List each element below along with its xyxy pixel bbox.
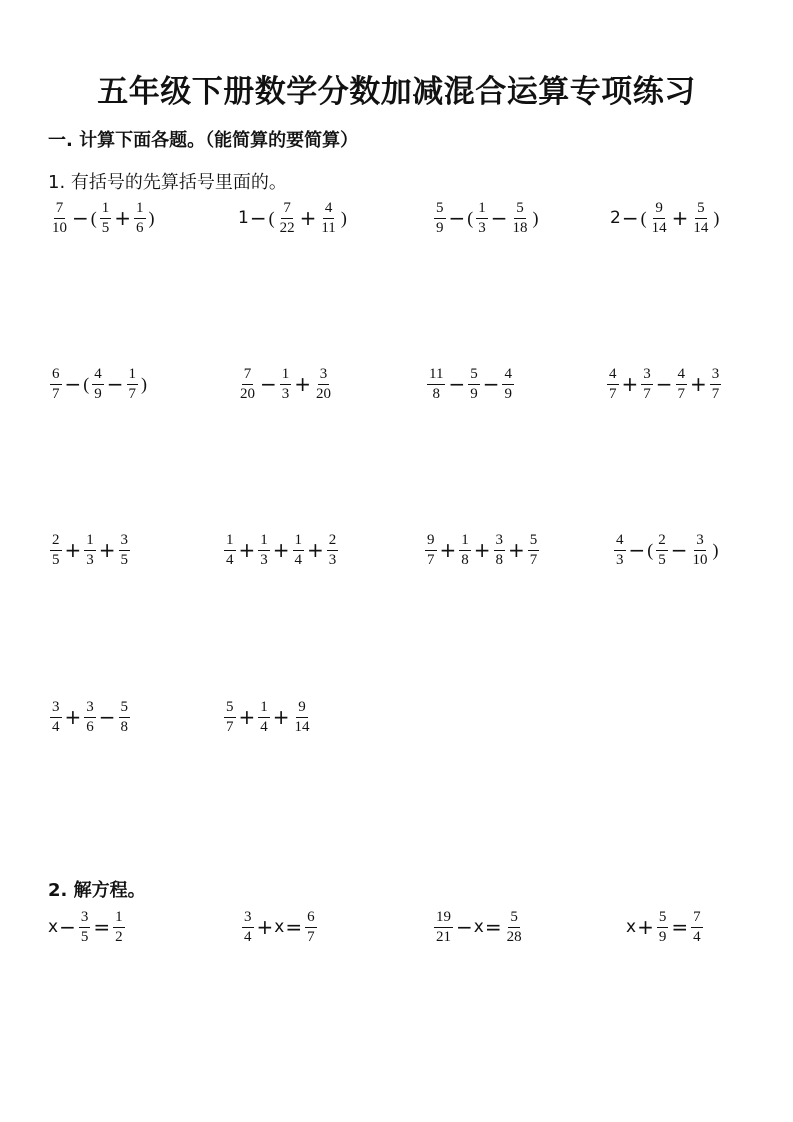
equation-problem: 1921−x=528 bbox=[432, 907, 526, 947]
fraction: 38 bbox=[494, 533, 506, 568]
numerator: 5 bbox=[224, 700, 236, 718]
numerator: 11 bbox=[427, 367, 445, 385]
numerator: 3 bbox=[694, 533, 706, 551]
denominator: 2 bbox=[113, 928, 125, 945]
denominator: 4 bbox=[691, 928, 703, 945]
denominator: 3 bbox=[84, 551, 96, 568]
fraction: 49 bbox=[502, 367, 514, 402]
fraction: 320 bbox=[314, 367, 333, 402]
numerator: 3 bbox=[79, 910, 91, 928]
denominator: 4 bbox=[50, 718, 62, 735]
denominator: 7 bbox=[641, 385, 653, 402]
calc-problem: 57+14+914 bbox=[222, 697, 314, 737]
operator: + bbox=[65, 538, 82, 562]
equation-problem: x+59=74 bbox=[626, 907, 705, 947]
fraction: 514 bbox=[691, 201, 710, 236]
fraction: 25 bbox=[50, 533, 62, 568]
denominator: 8 bbox=[494, 551, 506, 568]
numerator: 5 bbox=[528, 533, 540, 551]
operator: + bbox=[690, 372, 707, 396]
numerator: 5 bbox=[657, 910, 669, 928]
numerator: 7 bbox=[54, 201, 66, 219]
numerator: 4 bbox=[323, 201, 335, 219]
parenthesis: ) bbox=[533, 208, 539, 229]
numerator: 1 bbox=[293, 533, 305, 551]
numerator: 1 bbox=[459, 533, 471, 551]
variable-x: x bbox=[274, 917, 284, 937]
operator: − bbox=[671, 538, 688, 562]
calc-problem: 97+18+38+57 bbox=[423, 530, 541, 570]
operator: − bbox=[629, 538, 646, 562]
denominator: 5 bbox=[79, 928, 91, 945]
numerator: 5 bbox=[434, 201, 446, 219]
denominator: 10 bbox=[691, 551, 710, 568]
fraction: 528 bbox=[505, 910, 524, 945]
operator: − bbox=[250, 206, 267, 230]
fraction: 57 bbox=[224, 700, 236, 735]
operator: − bbox=[483, 372, 500, 396]
calc-row: 710−(15+16)1−(722+411)59−(13−518)2−(914+… bbox=[0, 198, 793, 238]
fraction: 14 bbox=[224, 533, 236, 568]
numerator: 1 bbox=[100, 201, 112, 219]
operator: + bbox=[239, 705, 256, 729]
calc-problem: 1−(722+411) bbox=[238, 198, 348, 238]
numerator: 1 bbox=[258, 533, 270, 551]
operator: + bbox=[294, 372, 311, 396]
numerator: 7 bbox=[242, 367, 254, 385]
variable-x: x bbox=[48, 917, 58, 937]
numerator: 1 bbox=[280, 367, 292, 385]
calc-problem: 14+13+14+23 bbox=[222, 530, 340, 570]
denominator: 9 bbox=[502, 385, 514, 402]
numerator: 9 bbox=[296, 700, 308, 718]
denominator: 20 bbox=[238, 385, 257, 402]
denominator: 3 bbox=[327, 551, 339, 568]
denominator: 9 bbox=[468, 385, 480, 402]
calc-problem: 25+13+35 bbox=[48, 530, 132, 570]
fraction: 49 bbox=[92, 367, 104, 402]
operator: = bbox=[485, 915, 502, 939]
denominator: 20 bbox=[314, 385, 333, 402]
fraction: 58 bbox=[119, 700, 131, 735]
fraction: 37 bbox=[710, 367, 722, 402]
fraction: 23 bbox=[327, 533, 339, 568]
operator: − bbox=[491, 206, 508, 230]
page-title: 五年级下册数学分数加减混合运算专项练习 bbox=[0, 66, 793, 111]
denominator: 18 bbox=[511, 219, 530, 236]
numerator: 3 bbox=[641, 367, 653, 385]
numerator: 3 bbox=[119, 533, 131, 551]
operator: = bbox=[671, 915, 688, 939]
calc-problem: 710−(15+16) bbox=[48, 198, 156, 238]
numerator: 3 bbox=[494, 533, 506, 551]
parenthesis: ) bbox=[713, 208, 719, 229]
denominator: 3 bbox=[280, 385, 292, 402]
numerator: 4 bbox=[607, 367, 619, 385]
numerator: 3 bbox=[242, 910, 254, 928]
fraction: 13 bbox=[280, 367, 292, 402]
numerator: 3 bbox=[50, 700, 62, 718]
numerator: 5 bbox=[468, 367, 480, 385]
denominator: 3 bbox=[258, 551, 270, 568]
parenthesis: ( bbox=[91, 208, 97, 229]
numerator: 4 bbox=[676, 367, 688, 385]
parenthesis: ( bbox=[647, 540, 653, 561]
denominator: 14 bbox=[293, 718, 312, 735]
fraction: 36 bbox=[84, 700, 96, 735]
parenthesis: ) bbox=[141, 374, 147, 395]
calc-problem: 118−59−49 bbox=[425, 364, 516, 404]
denominator: 5 bbox=[656, 551, 668, 568]
fraction: 914 bbox=[293, 700, 312, 735]
numerator: 1 bbox=[134, 201, 146, 219]
numerator: 9 bbox=[425, 533, 437, 551]
fraction: 16 bbox=[134, 201, 146, 236]
numerator: 1 bbox=[258, 700, 270, 718]
denominator: 3 bbox=[476, 219, 488, 236]
whole-number: 2 bbox=[610, 208, 621, 228]
numerator: 7 bbox=[281, 201, 293, 219]
numerator: 5 bbox=[508, 910, 520, 928]
fraction: 710 bbox=[50, 201, 69, 236]
numerator: 3 bbox=[318, 367, 330, 385]
operator: + bbox=[99, 538, 116, 562]
parenthesis: ( bbox=[269, 208, 275, 229]
calc-row: 67−(49−17)720−13+320118−59−4947+37−47+37 bbox=[0, 364, 793, 404]
numerator: 2 bbox=[327, 533, 339, 551]
fraction: 35 bbox=[79, 910, 91, 945]
denominator: 7 bbox=[607, 385, 619, 402]
denominator: 28 bbox=[505, 928, 524, 945]
denominator: 7 bbox=[710, 385, 722, 402]
denominator: 22 bbox=[278, 219, 297, 236]
operator: − bbox=[107, 372, 124, 396]
numerator: 9 bbox=[653, 201, 665, 219]
denominator: 7 bbox=[305, 928, 317, 945]
parenthesis: ( bbox=[641, 208, 647, 229]
numerator: 3 bbox=[710, 367, 722, 385]
numerator: 6 bbox=[305, 910, 317, 928]
fraction: 67 bbox=[305, 910, 317, 945]
operator: − bbox=[72, 206, 89, 230]
fraction: 722 bbox=[278, 201, 297, 236]
fraction: 518 bbox=[511, 201, 530, 236]
denominator: 5 bbox=[119, 551, 131, 568]
operator: − bbox=[622, 206, 639, 230]
numerator: 7 bbox=[691, 910, 703, 928]
denominator: 4 bbox=[224, 551, 236, 568]
fraction: 34 bbox=[242, 910, 254, 945]
denominator: 7 bbox=[676, 385, 688, 402]
operator: = bbox=[285, 915, 302, 939]
calc-problem: 2−(914+514) bbox=[610, 198, 720, 238]
operator: + bbox=[273, 538, 290, 562]
fraction: 720 bbox=[238, 367, 257, 402]
calc-problem: 34+36−58 bbox=[48, 697, 132, 737]
fraction: 97 bbox=[425, 533, 437, 568]
section-heading: 一. 计算下面各题。（能简算的要简算） bbox=[48, 126, 358, 152]
operator: + bbox=[239, 538, 256, 562]
numerator: 1 bbox=[224, 533, 236, 551]
denominator: 9 bbox=[657, 928, 669, 945]
operator: − bbox=[65, 372, 82, 396]
numerator: 4 bbox=[614, 533, 626, 551]
numerator: 2 bbox=[656, 533, 668, 551]
fraction: 17 bbox=[127, 367, 139, 402]
denominator: 4 bbox=[242, 928, 254, 945]
fraction: 118 bbox=[427, 367, 445, 402]
fraction: 59 bbox=[657, 910, 669, 945]
denominator: 11 bbox=[319, 219, 337, 236]
numerator: 4 bbox=[502, 367, 514, 385]
denominator: 10 bbox=[50, 219, 69, 236]
calc-problem: 720−13+320 bbox=[236, 364, 335, 404]
numerator: 1 bbox=[127, 367, 139, 385]
operator: − bbox=[448, 372, 465, 396]
denominator: 7 bbox=[528, 551, 540, 568]
fraction: 47 bbox=[676, 367, 688, 402]
operator: + bbox=[257, 915, 274, 939]
denominator: 3 bbox=[614, 551, 626, 568]
fraction: 914 bbox=[650, 201, 669, 236]
parenthesis: ) bbox=[341, 208, 347, 229]
operator: − bbox=[59, 915, 76, 939]
fraction: 13 bbox=[258, 533, 270, 568]
operator: + bbox=[65, 705, 82, 729]
operator: + bbox=[637, 915, 654, 939]
fraction: 67 bbox=[50, 367, 62, 402]
operator: + bbox=[307, 538, 324, 562]
operator: = bbox=[93, 915, 110, 939]
denominator: 8 bbox=[459, 551, 471, 568]
calc-problem: 47+37−47+37 bbox=[605, 364, 723, 404]
operator: − bbox=[449, 206, 466, 230]
numerator: 4 bbox=[92, 367, 104, 385]
operator: − bbox=[656, 372, 673, 396]
numerator: 1 bbox=[84, 533, 96, 551]
parenthesis: ) bbox=[149, 208, 155, 229]
numerator: 5 bbox=[119, 700, 131, 718]
calc-row: 25+13+3514+13+14+2397+18+38+5743−(25−310… bbox=[0, 530, 793, 570]
parenthesis: ) bbox=[713, 540, 719, 561]
denominator: 8 bbox=[119, 718, 131, 735]
parenthesis: ( bbox=[83, 374, 89, 395]
denominator: 6 bbox=[84, 718, 96, 735]
fraction: 57 bbox=[528, 533, 540, 568]
denominator: 14 bbox=[691, 219, 710, 236]
denominator: 7 bbox=[127, 385, 139, 402]
operator: + bbox=[508, 538, 525, 562]
fraction: 15 bbox=[100, 201, 112, 236]
fraction: 310 bbox=[691, 533, 710, 568]
fraction: 59 bbox=[434, 201, 446, 236]
fraction: 18 bbox=[459, 533, 471, 568]
part2-instruction: 2. 解方程。 bbox=[48, 876, 146, 902]
calc-problem: 67−(49−17) bbox=[48, 364, 148, 404]
numerator: 19 bbox=[434, 910, 453, 928]
part1-instruction: 1. 有括号的先算括号里面的。 bbox=[48, 168, 287, 194]
equation-problem: 34+x=67 bbox=[240, 907, 319, 947]
denominator: 7 bbox=[50, 385, 62, 402]
fraction: 37 bbox=[641, 367, 653, 402]
fraction: 1921 bbox=[434, 910, 453, 945]
variable-x: x bbox=[626, 917, 636, 937]
parenthesis: ( bbox=[467, 208, 473, 229]
operator: − bbox=[260, 372, 277, 396]
denominator: 6 bbox=[134, 219, 146, 236]
numerator: 1 bbox=[113, 910, 125, 928]
equation-problem: x−35=12 bbox=[48, 907, 127, 947]
fraction: 12 bbox=[113, 910, 125, 945]
fraction: 47 bbox=[607, 367, 619, 402]
denominator: 14 bbox=[650, 219, 669, 236]
numerator: 3 bbox=[84, 700, 96, 718]
operator: + bbox=[622, 372, 639, 396]
calc-problem: 43−(25−310) bbox=[612, 530, 720, 570]
denominator: 9 bbox=[92, 385, 104, 402]
calc-problem: 59−(13−518) bbox=[432, 198, 540, 238]
variable-x: x bbox=[474, 917, 484, 937]
operator: + bbox=[474, 538, 491, 562]
numerator: 1 bbox=[476, 201, 488, 219]
denominator: 7 bbox=[224, 718, 236, 735]
denominator: 5 bbox=[50, 551, 62, 568]
operator: + bbox=[300, 206, 317, 230]
denominator: 8 bbox=[430, 385, 442, 402]
fraction: 35 bbox=[119, 533, 131, 568]
denominator: 4 bbox=[293, 551, 305, 568]
numerator: 6 bbox=[50, 367, 62, 385]
numerator: 5 bbox=[514, 201, 526, 219]
operator: + bbox=[114, 206, 131, 230]
operator: − bbox=[456, 915, 473, 939]
whole-number: 1 bbox=[238, 208, 249, 228]
fraction: 411 bbox=[319, 201, 337, 236]
fraction: 34 bbox=[50, 700, 62, 735]
operator: − bbox=[99, 705, 116, 729]
equation-row: x−35=1234+x=671921−x=528x+59=74 bbox=[0, 907, 793, 947]
denominator: 7 bbox=[425, 551, 437, 568]
fraction: 14 bbox=[258, 700, 270, 735]
denominator: 21 bbox=[434, 928, 453, 945]
numerator: 5 bbox=[695, 201, 707, 219]
numerator: 2 bbox=[50, 533, 62, 551]
fraction: 25 bbox=[656, 533, 668, 568]
denominator: 9 bbox=[434, 219, 446, 236]
operator: + bbox=[440, 538, 457, 562]
denominator: 4 bbox=[258, 718, 270, 735]
fraction: 14 bbox=[293, 533, 305, 568]
fraction: 13 bbox=[84, 533, 96, 568]
calc-row: 34+36−5857+14+914 bbox=[0, 697, 793, 737]
denominator: 5 bbox=[100, 219, 112, 236]
operator: + bbox=[672, 206, 689, 230]
operator: + bbox=[273, 705, 290, 729]
fraction: 43 bbox=[614, 533, 626, 568]
fraction: 74 bbox=[691, 910, 703, 945]
fraction: 59 bbox=[468, 367, 480, 402]
fraction: 13 bbox=[476, 201, 488, 236]
